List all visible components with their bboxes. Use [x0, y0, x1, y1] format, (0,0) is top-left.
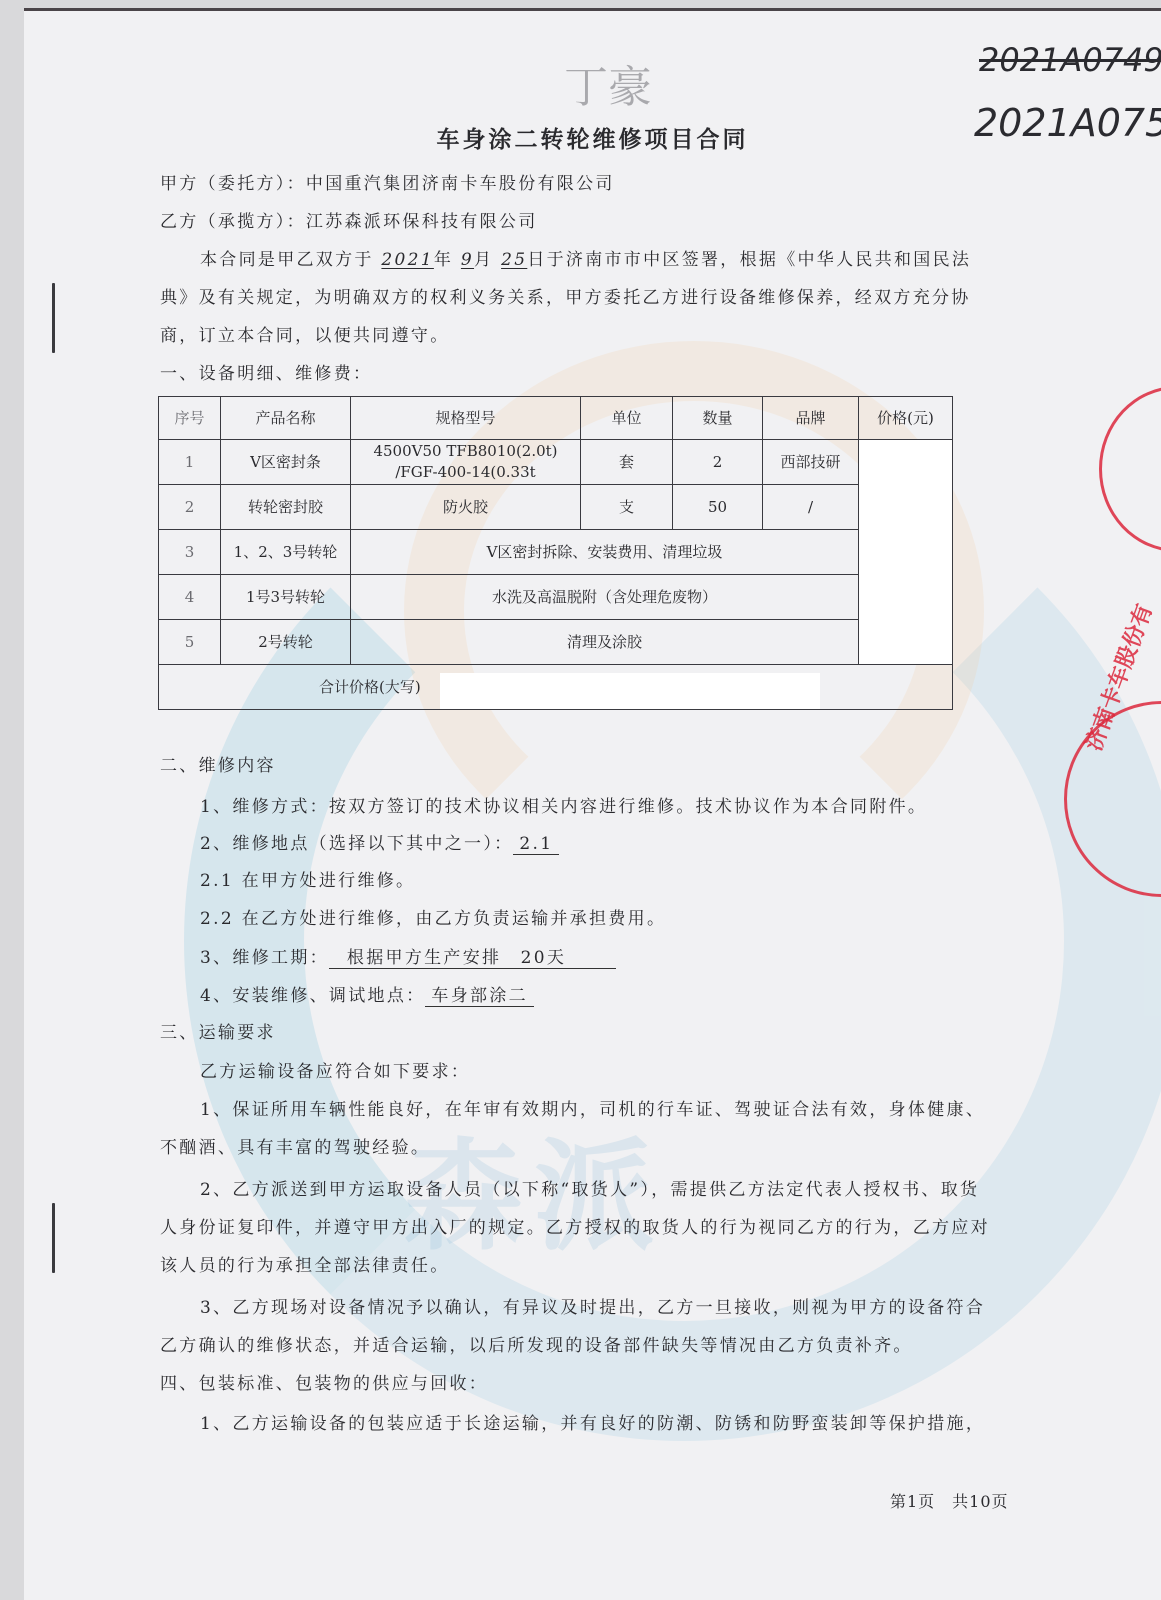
- install-location-value: 车身部涂二: [425, 981, 534, 1007]
- intro-line-2: 典》及有关规定，为明确双方的权利义务关系，甲方委托乙方进行设备维修保养，经双方充…: [160, 283, 971, 308]
- location-option-2-1: 2.1 在甲方处进行维修。: [200, 866, 415, 891]
- repair-method: 1、维修方式：按双方签订的技术协议相关内容进行维修。技术协议作为本合同附件。: [200, 792, 927, 817]
- sign-month: 9: [461, 250, 474, 270]
- section-1-heading: 一、设备明细、维修费：: [160, 359, 372, 384]
- install-location: 4、安装维修、调试地点：车身部涂二: [200, 981, 534, 1007]
- total-label: 合计价格(大写): [319, 678, 421, 696]
- document-title: 车身涂二转轮维修项目合同: [24, 121, 1161, 154]
- struck-contract-number: 2021A0749: [979, 41, 1161, 79]
- transport-req-3-cont: 乙方确认的维修状态，并适合运输，以后所发现的设备部件缺失等情况由乙方负责补齐。: [160, 1331, 913, 1356]
- packaging-req-1: 1、乙方运输设备的包装应适于长途运输，并有良好的防潮、防锈和防野蛮装卸等保护措施…: [200, 1409, 985, 1434]
- transport-intro: 乙方运输设备应符合如下要求：: [200, 1057, 470, 1082]
- handwritten-initials: 丁豪: [564, 51, 652, 115]
- transport-req-2-cont: 该人员的行为承担全部法律责任。: [160, 1251, 450, 1276]
- table-row: 3 1、2、3号转轮 V区密封拆除、安装费用、清理垃圾: [159, 530, 953, 575]
- transport-req-2: 2、乙方派送到甲方运取设备人员（以下称“取货人”），需提供乙方法定代表人授权书、…: [200, 1175, 979, 1200]
- transport-req-3: 3、乙方现场对设备情况予以确认，有异议及时提出，乙方一旦接收，则视为甲方的设备符…: [200, 1293, 985, 1318]
- equipment-table: 序号 产品名称 规格型号 单位 数量 品牌 价格(元) 1 V区密封条 4500…: [158, 396, 953, 710]
- repair-period: 3、维修工期：根据甲方生产安排 20天: [200, 943, 616, 969]
- red-seal: [1099, 386, 1161, 552]
- repair-period-value: 根据甲方生产安排 20天: [329, 943, 616, 969]
- price-redacted: [859, 440, 953, 665]
- repair-location-choice: 2.1: [513, 834, 559, 855]
- col-header: 产品名称: [221, 397, 351, 440]
- binding-mark: [52, 1203, 55, 1273]
- table-header-row: 序号 产品名称 规格型号 单位 数量 品牌 价格(元): [159, 397, 953, 440]
- transport-req-1-cont: 不酗酒、具有丰富的驾驶经验。: [160, 1133, 430, 1158]
- party-b: 乙方（承揽方）：江苏森派环保科技有限公司: [160, 207, 538, 232]
- party-a: 甲方（委托方）：中国重汽集团济南卡车股份有限公司: [160, 169, 615, 194]
- sign-year: 2021: [381, 250, 433, 270]
- total-redacted: [440, 673, 820, 709]
- col-header: 品牌: [763, 397, 859, 440]
- transport-req-2-cont: 人身份证复印件，并遵守甲方出入厂的规定。乙方授权的取货人的行为视同乙方的行为，乙…: [160, 1213, 990, 1238]
- table-row: 4 1号3号转轮 水洗及高温脱附（含处理危废物）: [159, 575, 953, 620]
- binding-mark: [52, 283, 55, 353]
- col-header: 数量: [673, 397, 763, 440]
- intro-line-1: 本合同是甲乙双方于 2021年 9月 25日于济南市市中区签署，根据《中华人民共…: [200, 245, 971, 270]
- intro-line-3: 商，订立本合同，以便共同遵守。: [160, 321, 450, 346]
- section-4-heading: 四、包装标准、包装物的供应与回收：: [160, 1369, 488, 1394]
- transport-req-1: 1、保证所用车辆性能良好，在年审有效期内，司机的行车证、驾驶证合法有效，身体健康…: [200, 1095, 985, 1120]
- page-number: 第1页 共10页: [890, 1489, 1009, 1512]
- col-header: 单位: [581, 397, 673, 440]
- col-header: 规格型号: [351, 397, 581, 440]
- table-row: 2 转轮密封胶 防火胶 支 50 /: [159, 485, 953, 530]
- sign-day: 25: [501, 250, 527, 270]
- repair-location: 2、维修地点（选择以下其中之一）：2.1: [200, 829, 559, 855]
- location-option-2-2: 2.2 在乙方处进行维修，由乙方负责运输并承担费用。: [200, 904, 666, 929]
- col-header: 价格(元): [859, 397, 953, 440]
- table-row: 1 V区密封条 4500V50 TFB8010(2.0t)/FGF-400-14…: [159, 440, 953, 485]
- col-header: 序号: [159, 397, 221, 440]
- contract-page: 森派 丁豪 2021A0749 2021A0750 车身涂二转轮维修项目合同 甲…: [24, 8, 1161, 1600]
- section-2-heading: 二、维修内容: [160, 751, 276, 776]
- table-row: 5 2号转轮 清理及涂胶: [159, 620, 953, 665]
- section-3-heading: 三、运输要求: [160, 1018, 276, 1043]
